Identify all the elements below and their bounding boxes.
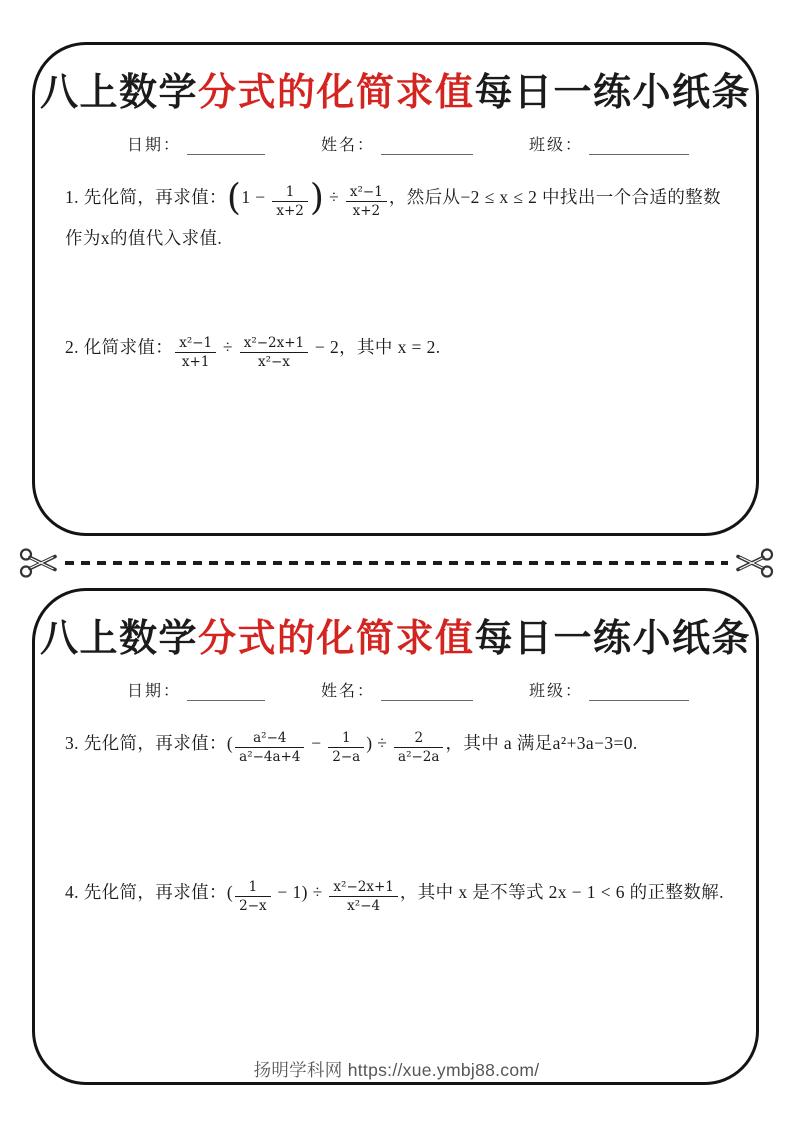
fraction: 12−x	[235, 879, 271, 914]
page-title: 八上数学分式的化简求值每日一练小纸条	[35, 616, 756, 664]
page-title: 八上数学分式的化简求值每日一练小纸条	[35, 70, 756, 118]
fraction-numerator: 1	[272, 184, 308, 201]
big-paren: )	[310, 177, 324, 218]
big-paren: (	[227, 177, 241, 218]
fraction-numerator: 1	[328, 730, 364, 747]
problem-text: 3. 先化简，再求值：(	[65, 733, 233, 753]
fraction-denominator: x²−x	[240, 352, 308, 370]
problem-text: 4. 先化简，再求值：(	[65, 882, 233, 902]
problem-text: ，其中 a 满足a²+3a−3=0.	[445, 733, 637, 753]
field-label: 姓名：	[321, 678, 375, 701]
fraction-numerator: 2	[394, 730, 443, 747]
field-label: 日期：	[127, 678, 181, 701]
title-part: 分式的化简求值	[198, 72, 475, 114]
problem-text: 1 −	[241, 187, 270, 207]
fraction-numerator: x²−2x+1	[329, 879, 397, 896]
field-class: 班级：	[529, 132, 689, 155]
footer-watermark: 扬明学科网 https://xue.ymbj88.com/	[0, 1057, 793, 1082]
fraction-denominator: 2−x	[235, 896, 271, 914]
fields-row: 日期：姓名：班级：	[35, 678, 756, 701]
problem-text: ÷	[218, 337, 238, 357]
field-blank-line	[381, 140, 473, 155]
dashed-cut-line	[65, 561, 728, 564]
fraction-denominator: x+1	[175, 352, 216, 370]
fraction-denominator: x+2	[346, 201, 387, 219]
problem-text: ，其中 x 是不等式 2x − 1 < 6 的正整数解.	[400, 882, 724, 902]
fraction: x²−1x+1	[175, 335, 216, 370]
problem-2: 2. 化简求值：x²−1x+1 ÷ x²−2x+1x²−x − 2，其中 x =…	[35, 329, 756, 370]
field-date: 日期：	[127, 678, 265, 701]
field-blank-line	[589, 686, 689, 701]
problems: 1. 先化简，再求值：(1 − 1x+2) ÷ x²−1x+2，然后从−2 ≤ …	[35, 179, 756, 371]
field-label: 日期：	[127, 132, 181, 155]
worksheet-card-top: 八上数学分式的化简求值每日一练小纸条 日期：姓名：班级： 1. 先化简，再求值：…	[32, 42, 759, 536]
problem-text: 2. 化简求值：	[65, 337, 173, 357]
problem-text: − 2，其中 x = 2.	[310, 337, 440, 357]
scissors-icon	[733, 546, 775, 580]
problem-text: −	[306, 733, 326, 753]
fraction-numerator: x²−2x+1	[240, 335, 308, 352]
field-label: 班级：	[529, 678, 583, 701]
field-blank-line	[187, 140, 265, 155]
problem-4: 4. 先化简，再求值：(12−x − 1) ÷ x²−2x+1x²−4，其中 x…	[35, 874, 756, 915]
field-name: 姓名：	[321, 132, 473, 155]
problems: 3. 先化简，再求值：(a²−4a²−4a+4 − 12−a) ÷ 2a²−2a…	[35, 725, 756, 915]
fraction-numerator: a²−4	[235, 730, 304, 747]
problem-text: 1. 先化简，再求值：	[65, 187, 227, 207]
field-class: 班级：	[529, 678, 689, 701]
fraction-denominator: 2−a	[328, 747, 364, 765]
fraction-denominator: x²−4	[329, 896, 397, 914]
title-part: 每日一练小纸条	[475, 618, 752, 660]
fraction-numerator: x²−1	[175, 335, 216, 352]
problem-3: 3. 先化简，再求值：(a²−4a²−4a+4 − 12−a) ÷ 2a²−2a…	[35, 725, 756, 766]
title-part: 分式的化简求值	[198, 618, 475, 660]
fraction: x²−2x+1x²−4	[329, 879, 397, 914]
fraction-numerator: x²−1	[346, 184, 387, 201]
fraction-numerator: 1	[235, 879, 271, 896]
field-blank-line	[381, 686, 473, 701]
problem-text: ÷	[324, 187, 344, 207]
field-label: 班级：	[529, 132, 583, 155]
fraction-denominator: a²−2a	[394, 747, 443, 765]
title-part: 八上数学	[40, 618, 198, 660]
field-date: 日期：	[127, 132, 265, 155]
fraction: 2a²−2a	[394, 730, 443, 765]
fraction: a²−4a²−4a+4	[235, 730, 304, 765]
fraction-denominator: a²−4a+4	[235, 747, 304, 765]
field-blank-line	[187, 686, 265, 701]
worksheet-card-bottom: 八上数学分式的化简求值每日一练小纸条 日期：姓名：班级： 3. 先化简，再求值：…	[32, 588, 759, 1085]
field-label: 姓名：	[321, 132, 375, 155]
title-part: 每日一练小纸条	[475, 72, 752, 114]
scissors-icon	[18, 546, 60, 580]
field-blank-line	[589, 140, 689, 155]
cut-line	[18, 545, 775, 581]
fraction-denominator: x+2	[272, 201, 308, 219]
fraction: 12−a	[328, 730, 364, 765]
fraction: 1x+2	[272, 184, 308, 219]
field-name: 姓名：	[321, 678, 473, 701]
fraction: x²−2x+1x²−x	[240, 335, 308, 370]
worksheet-page: 八上数学分式的化简求值每日一练小纸条 日期：姓名：班级： 1. 先化简，再求值：…	[0, 0, 793, 1122]
fields-row: 日期：姓名：班级：	[35, 132, 756, 155]
title-part: 八上数学	[40, 72, 198, 114]
fraction: x²−1x+2	[346, 184, 387, 219]
problem-1: 1. 先化简，再求值：(1 − 1x+2) ÷ x²−1x+2，然后从−2 ≤ …	[35, 179, 756, 258]
problem-text: ) ÷	[366, 733, 392, 753]
problem-text: − 1) ÷	[273, 882, 328, 902]
